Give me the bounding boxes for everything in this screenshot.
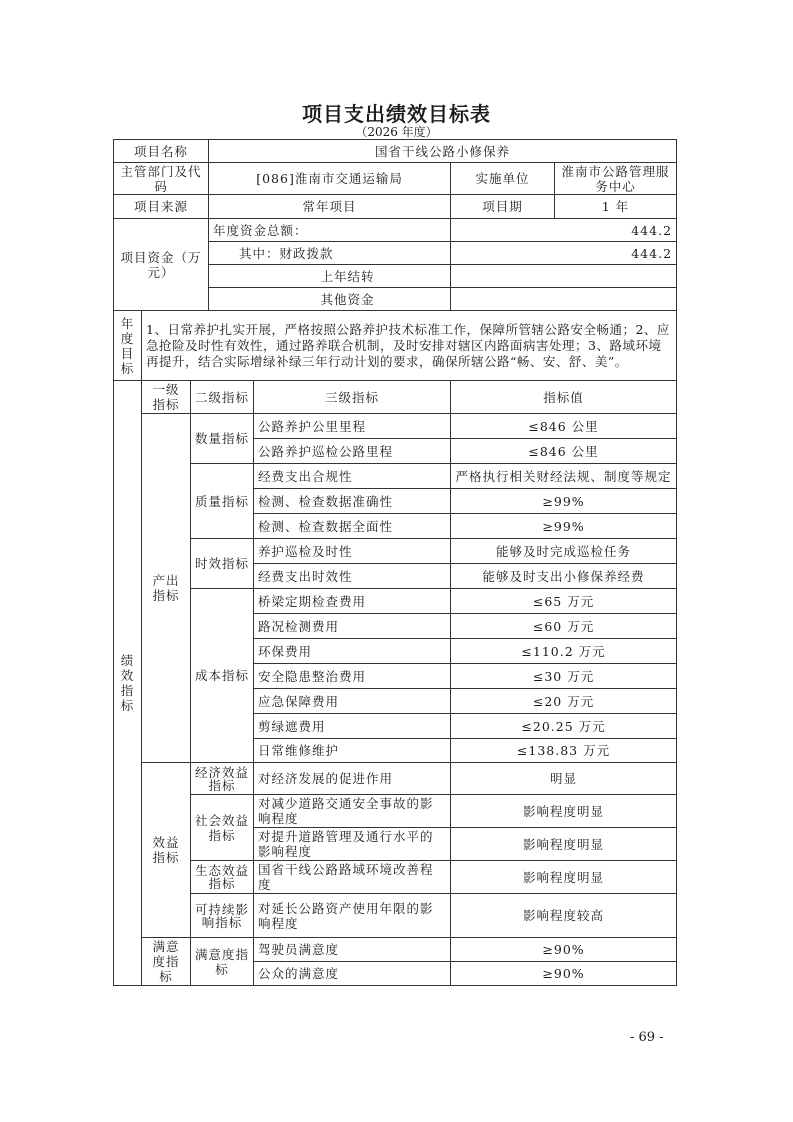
level2: 满意度指标 [191,938,254,986]
table-row: 生态效益指标 国省干线公路路域环境改善程度 影响程度明显 [114,861,677,894]
level2: 质量指标 [191,464,254,539]
indicator-value: ≤138.83 万元 [451,739,677,763]
level3: 驾驶员满意度 [254,938,451,962]
value-source: 常年项目 [209,195,451,219]
indicator-value: ≥90% [451,938,677,962]
label-goals: 年度目标 [114,311,142,381]
level2: 数量指标 [191,414,254,464]
indicator-value: 影响程度明显 [451,795,677,828]
indicator-value: ≤846 公里 [451,414,677,439]
level3: 对提升道路管理及通行水平的影响程度 [254,828,451,861]
label-funds: 项目资金（万元） [114,219,209,311]
level3: 公路养护公里里程 [254,414,451,439]
value-period: 1 年 [555,195,677,219]
value-impl: 淮南市公路管理服务中心 [555,163,677,195]
level1-output: 产出指标 [142,414,191,763]
indicator-value: ≤30 万元 [451,664,677,689]
indicator-value: ≥90% [451,962,677,986]
indicator-value: ≥99% [451,514,677,539]
label-impl: 实施单位 [451,163,555,195]
level3: 对减少道路交通安全事故的影响程度 [254,795,451,828]
level3: 对延长公路资产使用年限的影响程度 [254,894,451,938]
label-period: 项目期 [451,195,555,219]
indicator-value: ≤60 万元 [451,614,677,639]
row-indicator-header: 绩效指标 一级指标 二级指标 三级指标 指标值 [114,381,677,414]
level3: 应急保障费用 [254,689,451,714]
level3: 经费支出时效性 [254,564,451,589]
label-project-name: 项目名称 [114,140,209,163]
level3: 路况检测费用 [254,614,451,639]
level2: 生态效益指标 [191,861,254,894]
indicator-value: ≤20 万元 [451,689,677,714]
level3: 公众的满意度 [254,962,451,986]
table-row: 时效指标 养护巡检及时性 能够及时完成巡检任务 [114,539,677,564]
table-row: 效益指标 经济效益指标 对经济发展的促进作用 明显 [114,763,677,795]
label-source: 项目来源 [114,195,209,219]
label-indicators: 绩效指标 [114,381,142,986]
level2: 时效指标 [191,539,254,589]
table-row: 可持续影响指标 对延长公路资产使用年限的影响程度 影响程度较高 [114,894,677,938]
indicator-value: 明显 [451,763,677,795]
level2: 经济效益指标 [191,763,254,795]
value-project-name: 国省干线公路小修保养 [209,140,677,163]
table-row: 满意度指标 满意度指标 驾驶员满意度 ≥90% [114,938,677,962]
header-value: 指标值 [451,381,677,414]
row-project-name: 项目名称 国省干线公路小修保养 [114,140,677,163]
indicator-value: ≤20.25 万元 [451,714,677,739]
level2: 社会效益指标 [191,795,254,861]
fund-value [451,265,677,288]
indicator-value: 严格执行相关财经法规、制度等规定 [451,464,677,489]
level3: 国省干线公路路域环境改善程度 [254,861,451,894]
indicator-value: 影响程度较高 [451,894,677,938]
table-row: 质量指标 经费支出合规性 严格执行相关财经法规、制度等规定 [114,464,677,489]
indicator-value: 影响程度明显 [451,861,677,894]
indicator-value: 影响程度明显 [451,828,677,861]
level1-benefit: 效益指标 [142,763,191,938]
fund-label: 其中：财政拨款 [209,242,451,265]
level2: 可持续影响指标 [191,894,254,938]
header-level3: 三级指标 [254,381,451,414]
level3: 公路养护巡检公路里程 [254,439,451,464]
fund-value: 444.2 [451,219,677,242]
header-level1: 一级指标 [142,381,191,414]
page-subtitle: （2026 年度） [0,123,793,140]
value-dept: [086]淮南市交通运输局 [209,163,451,195]
level2: 成本指标 [191,589,254,763]
table-row: 产出指标 数量指标 公路养护公里里程 ≤846 公里 [114,414,677,439]
page-number: - 69 - [630,1030,664,1045]
level3: 环保费用 [254,639,451,664]
level3: 日常维修维护 [254,739,451,763]
level3: 养护巡检及时性 [254,539,451,564]
level3: 剪绿遮费用 [254,714,451,739]
indicator-value: 能够及时支出小修保养经费 [451,564,677,589]
level3: 经费支出合规性 [254,464,451,489]
performance-table: 项目名称 国省干线公路小修保养 主管部门及代码 [086]淮南市交通运输局 实施… [113,139,677,986]
level3: 对经济发展的促进作用 [254,763,451,795]
indicator-value: ≤846 公里 [451,439,677,464]
level1-satisfaction: 满意度指标 [142,938,191,986]
row-source: 项目来源 常年项目 项目期 1 年 [114,195,677,219]
table-row: 社会效益指标 对减少道路交通安全事故的影响程度 影响程度明显 [114,795,677,828]
fund-label: 年度资金总额： [209,219,451,242]
row-fund-total: 项目资金（万元） 年度资金总额： 444.2 [114,219,677,242]
level3: 检测、检查数据准确性 [254,489,451,514]
fund-label: 上年结转 [209,265,451,288]
label-dept: 主管部门及代码 [114,163,209,195]
fund-value: 444.2 [451,242,677,265]
level3: 桥梁定期检查费用 [254,589,451,614]
row-goals: 年度目标 1、日常养护扎实开展，严格按照公路养护技术标准工作，保障所管辖公路安全… [114,311,677,381]
goals-text: 1、日常养护扎实开展，严格按照公路养护技术标准工作，保障所管辖公路安全畅通；2、… [142,311,677,381]
row-dept: 主管部门及代码 [086]淮南市交通运输局 实施单位 淮南市公路管理服务中心 [114,163,677,195]
fund-value [451,288,677,311]
indicator-value: ≤110.2 万元 [451,639,677,664]
fund-label: 其他资金 [209,288,451,311]
level3: 检测、检查数据全面性 [254,514,451,539]
indicator-value: ≤65 万元 [451,589,677,614]
table-row: 成本指标 桥梁定期检查费用 ≤65 万元 [114,589,677,614]
indicator-value: ≥99% [451,489,677,514]
indicator-value: 能够及时完成巡检任务 [451,539,677,564]
level3: 安全隐患整治费用 [254,664,451,689]
header-level2: 二级指标 [191,381,254,414]
